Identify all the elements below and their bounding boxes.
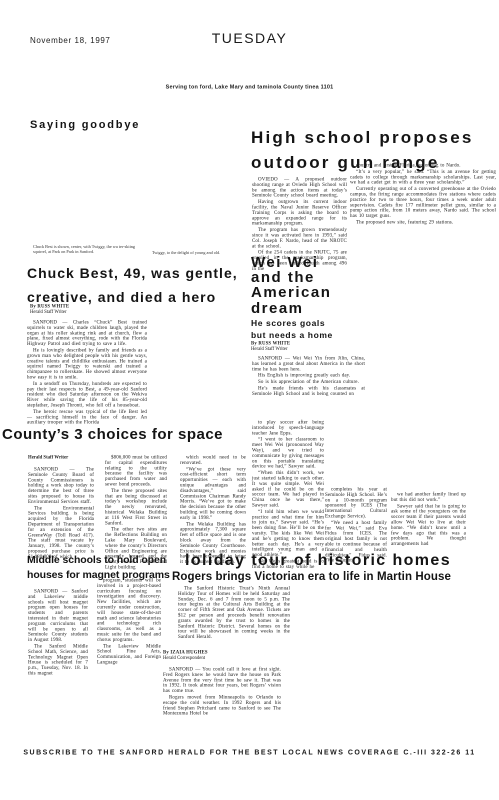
wei-wei-subhead-line2: but needs a home (251, 330, 333, 342)
county-space-byline: Herald Staff Writer (28, 455, 108, 461)
chuck-best-body: SANFORD — Charles “Chuck” Best trained s… (27, 320, 147, 427)
chuck-best-headline-line1: Chuck Best, 49, was gentle, (27, 261, 238, 285)
wei-wei-headline: Wei Wei and the American dream (251, 255, 331, 316)
gun-range-headline-line1: High school proposes (251, 125, 474, 150)
middle-schools-column-1: SANFORD — Sanford and Lakeview middle sc… (28, 589, 88, 677)
masthead-tagline: Serving ton ford, Lake Mary and taminola… (0, 84, 499, 90)
wei-wei-byline-title: Herald Staff Writer (251, 347, 351, 353)
rogers-byline: By IZAIA HUGHES Herald Correspondent (163, 650, 263, 661)
middle-schools-column-2: program, students will be involved in a … (97, 578, 161, 666)
county-space-column-3: which would need to be renovated.“We’ve … (180, 455, 246, 566)
wei-wei-headline-line2: and the (251, 270, 331, 285)
chuck-best-twiggy-photo (25, 135, 145, 240)
middle-schools-headline-line1: Middle schools to hold open (27, 553, 170, 568)
wei-wei-column-1b: to play soccer after being introduced by… (252, 420, 324, 571)
rogers-byline-title: Herald Correspondent (163, 656, 263, 662)
county-space-column-1: SANFORD — The Seminole County Board of C… (28, 467, 94, 561)
wei-wei-headline-line1: Wei Wei (251, 255, 331, 270)
wei-wei-photo (375, 252, 495, 477)
newspaper-front-page: { "masthead": { "date": "November 18, 19… (0, 0, 499, 800)
twiggy-photo (150, 135, 242, 247)
chuck-best-headline: Chuck Best, 49, was gentle, creative, an… (27, 261, 238, 309)
saying-goodbye-title: Saying goodbye (30, 119, 140, 131)
wei-wei-headline-line4: dream (251, 301, 331, 316)
wei-wei-column-3: we had another family lined up but this … (391, 492, 466, 548)
rogers-body: SANFORD — You could call it love at firs… (163, 667, 281, 718)
photo-caption-left: Chuck Best is shown, center, with Twiggy… (33, 244, 146, 254)
masthead-day: TUESDAY (0, 30, 499, 46)
chuck-best-byline-title: Herald Staff Writer (30, 310, 130, 316)
county-space-headline: County’s 3 choices for space (2, 426, 223, 443)
martin-house-photo (300, 600, 495, 740)
wei-wei-byline: By RUSS WHITE Herald Staff Writer (251, 341, 351, 352)
photo-caption-right: Twiggy, to the delight of young and old. (152, 250, 247, 255)
chuck-best-byline: By RUSS WHITE Herald Staff Writer (30, 304, 130, 315)
county-space-byline-title: Herald Staff Writer (28, 455, 108, 461)
wei-wei-headline-line3: American (251, 285, 331, 300)
holiday-tour-intro: The Sanford Historic Trust’s Ninth Annua… (178, 586, 290, 641)
gun-range-column-2: country and first in Florida, according … (350, 163, 496, 226)
wei-wei-subhead-line1: He scores goals (251, 318, 333, 330)
subscribe-footer: SUBSCRIBE TO THE SANFORD HERALD FOR THE … (0, 748, 499, 756)
holiday-tour-subhead: Rogers brings Victorian era to life in M… (172, 571, 451, 583)
holiday-tour-headline: loliday tour of historic homes (185, 552, 451, 570)
wei-wei-subhead: He scores goals but needs a home (251, 318, 333, 341)
wei-wei-column-1a: SANFORD — Wei Wei Yin from Jilin, China,… (252, 356, 365, 398)
